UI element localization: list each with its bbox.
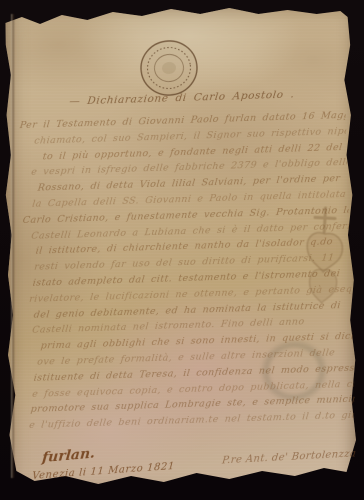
photograph-of-document: — Dichiarazione di Carlo Apostolo . Per … (0, 0, 364, 500)
handwriting-lines: Per il Testamento di Giovanni Paolo furl… (19, 108, 355, 434)
binding-crease (11, 14, 15, 478)
handwritten-text-block: — Dichiarazione di Carlo Apostolo . Per … (19, 87, 355, 434)
